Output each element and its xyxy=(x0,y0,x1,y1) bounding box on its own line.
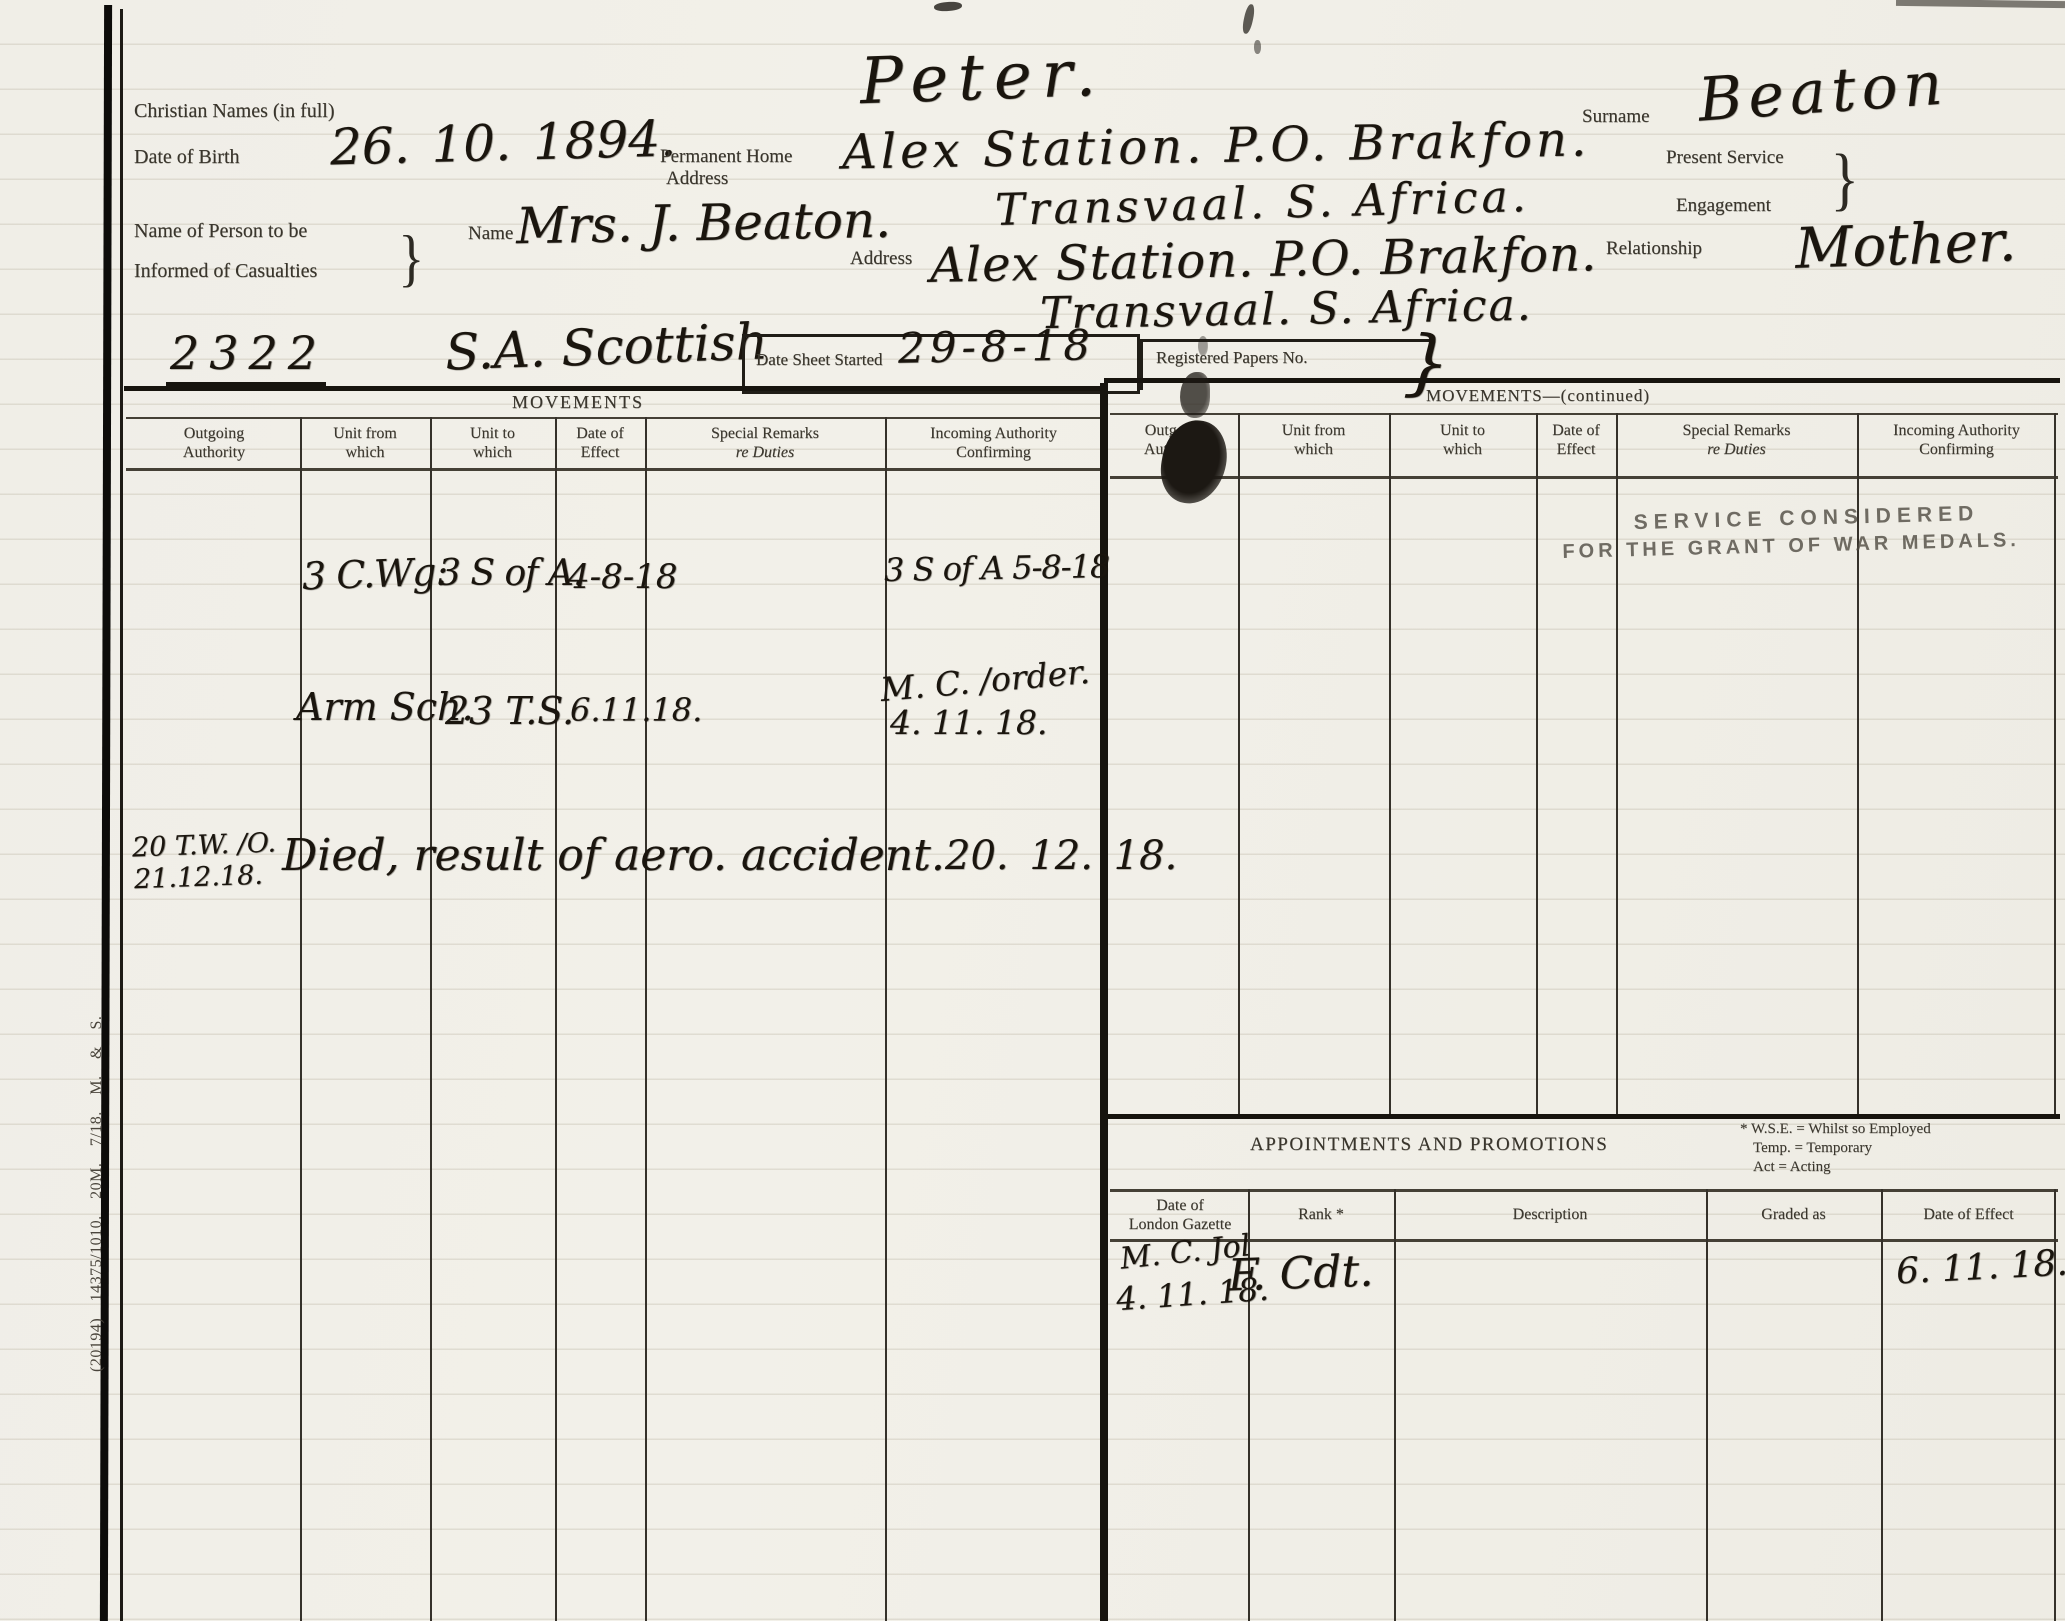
appointments-header-date-of-effect: Date of Effect xyxy=(1881,1205,2056,1224)
header-line: Date of xyxy=(555,424,645,443)
header-line: Confirming xyxy=(1857,440,2056,459)
header-line: Outgoing xyxy=(128,424,300,443)
movement-row2-unit-to: 23 T.S. xyxy=(445,692,574,730)
header-line: Authority xyxy=(128,443,300,462)
movements-header-outgoing-authority: Outgoing Authority xyxy=(128,424,300,462)
appointments-col-line xyxy=(1881,1189,1883,1621)
present-service-label: Present Service xyxy=(1666,147,1784,169)
movements-continued-col-line xyxy=(1536,413,1538,1118)
header-line: which xyxy=(430,443,555,462)
date-of-birth-label: Date of Birth xyxy=(134,146,240,169)
movements-header-date-of-effect: Date of Effect xyxy=(555,424,645,462)
legend-wse: * W.S.E. = Whilst so Employed xyxy=(1740,1120,1931,1139)
date-sheet-started-label: Date Sheet Started xyxy=(756,350,883,370)
margin-imprint: (20194) 14375/1010. 20M. 7/18. M. & S. xyxy=(88,692,106,1372)
registered-papers-topline xyxy=(1140,339,1432,342)
surname-label: Surname xyxy=(1582,106,1650,128)
movement-row3-outgoing-line1: 20 T.W. /O. xyxy=(132,829,277,861)
date-of-birth-value: 26. 10. 1894. xyxy=(329,113,676,172)
service-record-sheet: (20194) 14375/1010. 20M. 7/18. M. & S. C… xyxy=(0,0,2065,1621)
casualties-address-label: Address xyxy=(850,248,912,270)
heavy-rule-right xyxy=(1104,378,2060,383)
header-line: re Duties xyxy=(645,443,885,462)
ink-speck xyxy=(1241,3,1256,34)
appointments-col-line xyxy=(1394,1189,1396,1621)
header-line: Date of xyxy=(1112,1196,1248,1215)
relationship-value: Mother. xyxy=(1794,214,2017,278)
permanent-home-label-line1: Permanent Home xyxy=(660,146,792,168)
appointments-header-graded-as: Graded as xyxy=(1706,1205,1881,1224)
movement-row2-incoming-line1: M. C. /order. xyxy=(879,655,1091,706)
header-line: Unit from xyxy=(1238,421,1389,440)
heavy-rule-left xyxy=(124,386,1106,391)
christian-names-value: Peter. xyxy=(859,42,1107,115)
appointments-header-description: Description xyxy=(1394,1205,1706,1224)
service-number-value: 2322 xyxy=(170,330,327,376)
appointments-header-bottomline xyxy=(1110,1239,2058,1242)
casualties-label-line1: Name of Person to be xyxy=(134,220,307,243)
permanent-home-address-label: Permanent Home Address xyxy=(660,146,792,190)
header-line: Special Remarks xyxy=(1616,421,1857,440)
casualties-label-line2: Informed of Casualties xyxy=(134,260,317,283)
movements-continued-header-unit-to: Unit to which xyxy=(1389,421,1536,459)
legend-act: Act = Acting xyxy=(1753,1158,1931,1177)
header-line: which xyxy=(1389,440,1536,459)
movement-row1-incoming-authority: 3 S of A 5-8-18 xyxy=(884,550,1110,586)
brace-present-service: } xyxy=(1831,134,1860,226)
header-line: Unit to xyxy=(430,424,555,443)
movements-header-unit-from: Unit from which xyxy=(300,424,430,462)
movements-continued-title: MOVEMENTS—(continued) xyxy=(1388,386,1688,406)
page-edge-line-thin xyxy=(120,9,123,1621)
war-medals-stamp: SERVICE CONSIDERED FOR THE GRANT OF WAR … xyxy=(1561,501,2020,564)
movements-col-line xyxy=(885,417,887,1621)
header-line: Unit from xyxy=(300,424,430,443)
appointments-header-topline xyxy=(1110,1189,2058,1192)
ink-speck xyxy=(1896,0,2065,8)
appointments-col-line xyxy=(1706,1189,1708,1621)
movements-header-topline xyxy=(126,417,1102,419)
sheet-right-edge-line xyxy=(2054,413,2056,1118)
header-line: Incoming Authority xyxy=(885,424,1102,443)
brace-casualties: } xyxy=(398,214,424,302)
movements-continued-header-bottomline xyxy=(1110,476,2058,479)
header-line: Effect xyxy=(1536,440,1616,459)
appointment-date-of-effect-value: 6. 11. 18. xyxy=(1895,1246,2065,1291)
permanent-address-line2: Transvaal. S. Africa. xyxy=(995,175,1531,233)
header-line: Confirming xyxy=(885,443,1102,462)
appointments-title: APPOINTMENTS AND PROMOTIONS xyxy=(1250,1134,1590,1156)
legend-temp: Temp. = Temporary xyxy=(1753,1139,1931,1158)
header-line: which xyxy=(300,443,430,462)
unit-name-value: S.A. Scottish xyxy=(444,316,768,377)
date-sheet-started-value: 29-8-18 xyxy=(898,324,1096,369)
ink-blot-small xyxy=(1180,372,1210,418)
movements-continued-header-topline xyxy=(1110,413,2058,415)
ink-blot-speck xyxy=(1198,336,1208,356)
ink-speck xyxy=(1254,40,1261,54)
name-label: Name xyxy=(468,223,513,245)
movements-continued-header-unit-from: Unit from which xyxy=(1238,421,1389,459)
header-line: Special Remarks xyxy=(645,424,885,443)
movements-header-unit-to: Unit to which xyxy=(430,424,555,462)
movement-row1-date-of-effect: 4-8-18 xyxy=(568,560,678,594)
appointments-heavy-topline xyxy=(1104,1114,2060,1119)
casualties-address-line2: Transvaal. S. Africa. xyxy=(1040,284,1533,337)
header-line: Effect xyxy=(555,443,645,462)
movement-row1-unit-to: 3 S of A. xyxy=(438,556,583,592)
permanent-address-line1: Alex Station. P.O. Brakfon. xyxy=(842,115,1591,176)
movements-continued-col-line xyxy=(1389,413,1391,1118)
movements-col-line xyxy=(430,417,432,1621)
movements-col-line xyxy=(645,417,647,1621)
movement-row2-incoming-line2: 4. 11. 18. xyxy=(890,706,1047,739)
permanent-home-label-line2: Address xyxy=(666,168,792,190)
movement-row1-unit-from: 3 C.Wg: xyxy=(301,552,447,595)
movements-continued-header-special-remarks: Special Remarks re Duties xyxy=(1616,421,1857,459)
movements-title: MOVEMENTS xyxy=(428,392,728,413)
ink-speck xyxy=(934,1,963,12)
movement-row3-outgoing-line2: 21.12.18. xyxy=(134,862,264,893)
movements-continued-header-incoming-authority: Incoming Authority Confirming xyxy=(1857,421,2056,459)
engagement-label: Engagement xyxy=(1676,195,1771,217)
movements-col-line xyxy=(555,417,557,1621)
appointments-header-rank: Rank * xyxy=(1248,1205,1394,1224)
movements-header-incoming-authority: Incoming Authority Confirming xyxy=(885,424,1102,462)
header-line: Incoming Authority xyxy=(1857,421,2056,440)
relationship-label: Relationship xyxy=(1606,238,1702,260)
appointment-rank-value: F. Cdt. xyxy=(1227,1249,1374,1298)
header-line: re Duties xyxy=(1616,440,1857,459)
appointments-header-gazette: Date of London Gazette xyxy=(1112,1196,1248,1234)
movements-continued-header-date-of-effect: Date of Effect xyxy=(1536,421,1616,459)
movements-header-special-remarks: Special Remarks re Duties xyxy=(645,424,885,462)
movements-continued-col-line xyxy=(1238,413,1240,1118)
movements-col-line xyxy=(300,417,302,1621)
header-line: Date of xyxy=(1536,421,1616,440)
stamp-line2: FOR THE GRANT OF WAR MEDALS. xyxy=(1562,529,2020,564)
registered-papers-label: Registered Papers No. xyxy=(1156,348,1308,368)
appointments-legend: * W.S.E. = Whilst so Employed Temp. = Te… xyxy=(1740,1120,1931,1177)
movement-row2-date-of-effect: 6.11.18. xyxy=(570,694,702,726)
christian-names-label: Christian Names (in full) xyxy=(134,100,335,123)
header-line: Unit to xyxy=(1389,421,1536,440)
header-line: which xyxy=(1238,440,1389,459)
surname-value: Beaton xyxy=(1696,53,1950,130)
casualties-name-value: Mrs. J. Beaton. xyxy=(516,195,892,252)
movement-row3-death-remark: Died, result of aero. accident. xyxy=(282,834,945,878)
movement-row3-death-date: 20. 12. 18. xyxy=(945,836,1177,876)
movements-header-bottomline xyxy=(126,468,1102,471)
